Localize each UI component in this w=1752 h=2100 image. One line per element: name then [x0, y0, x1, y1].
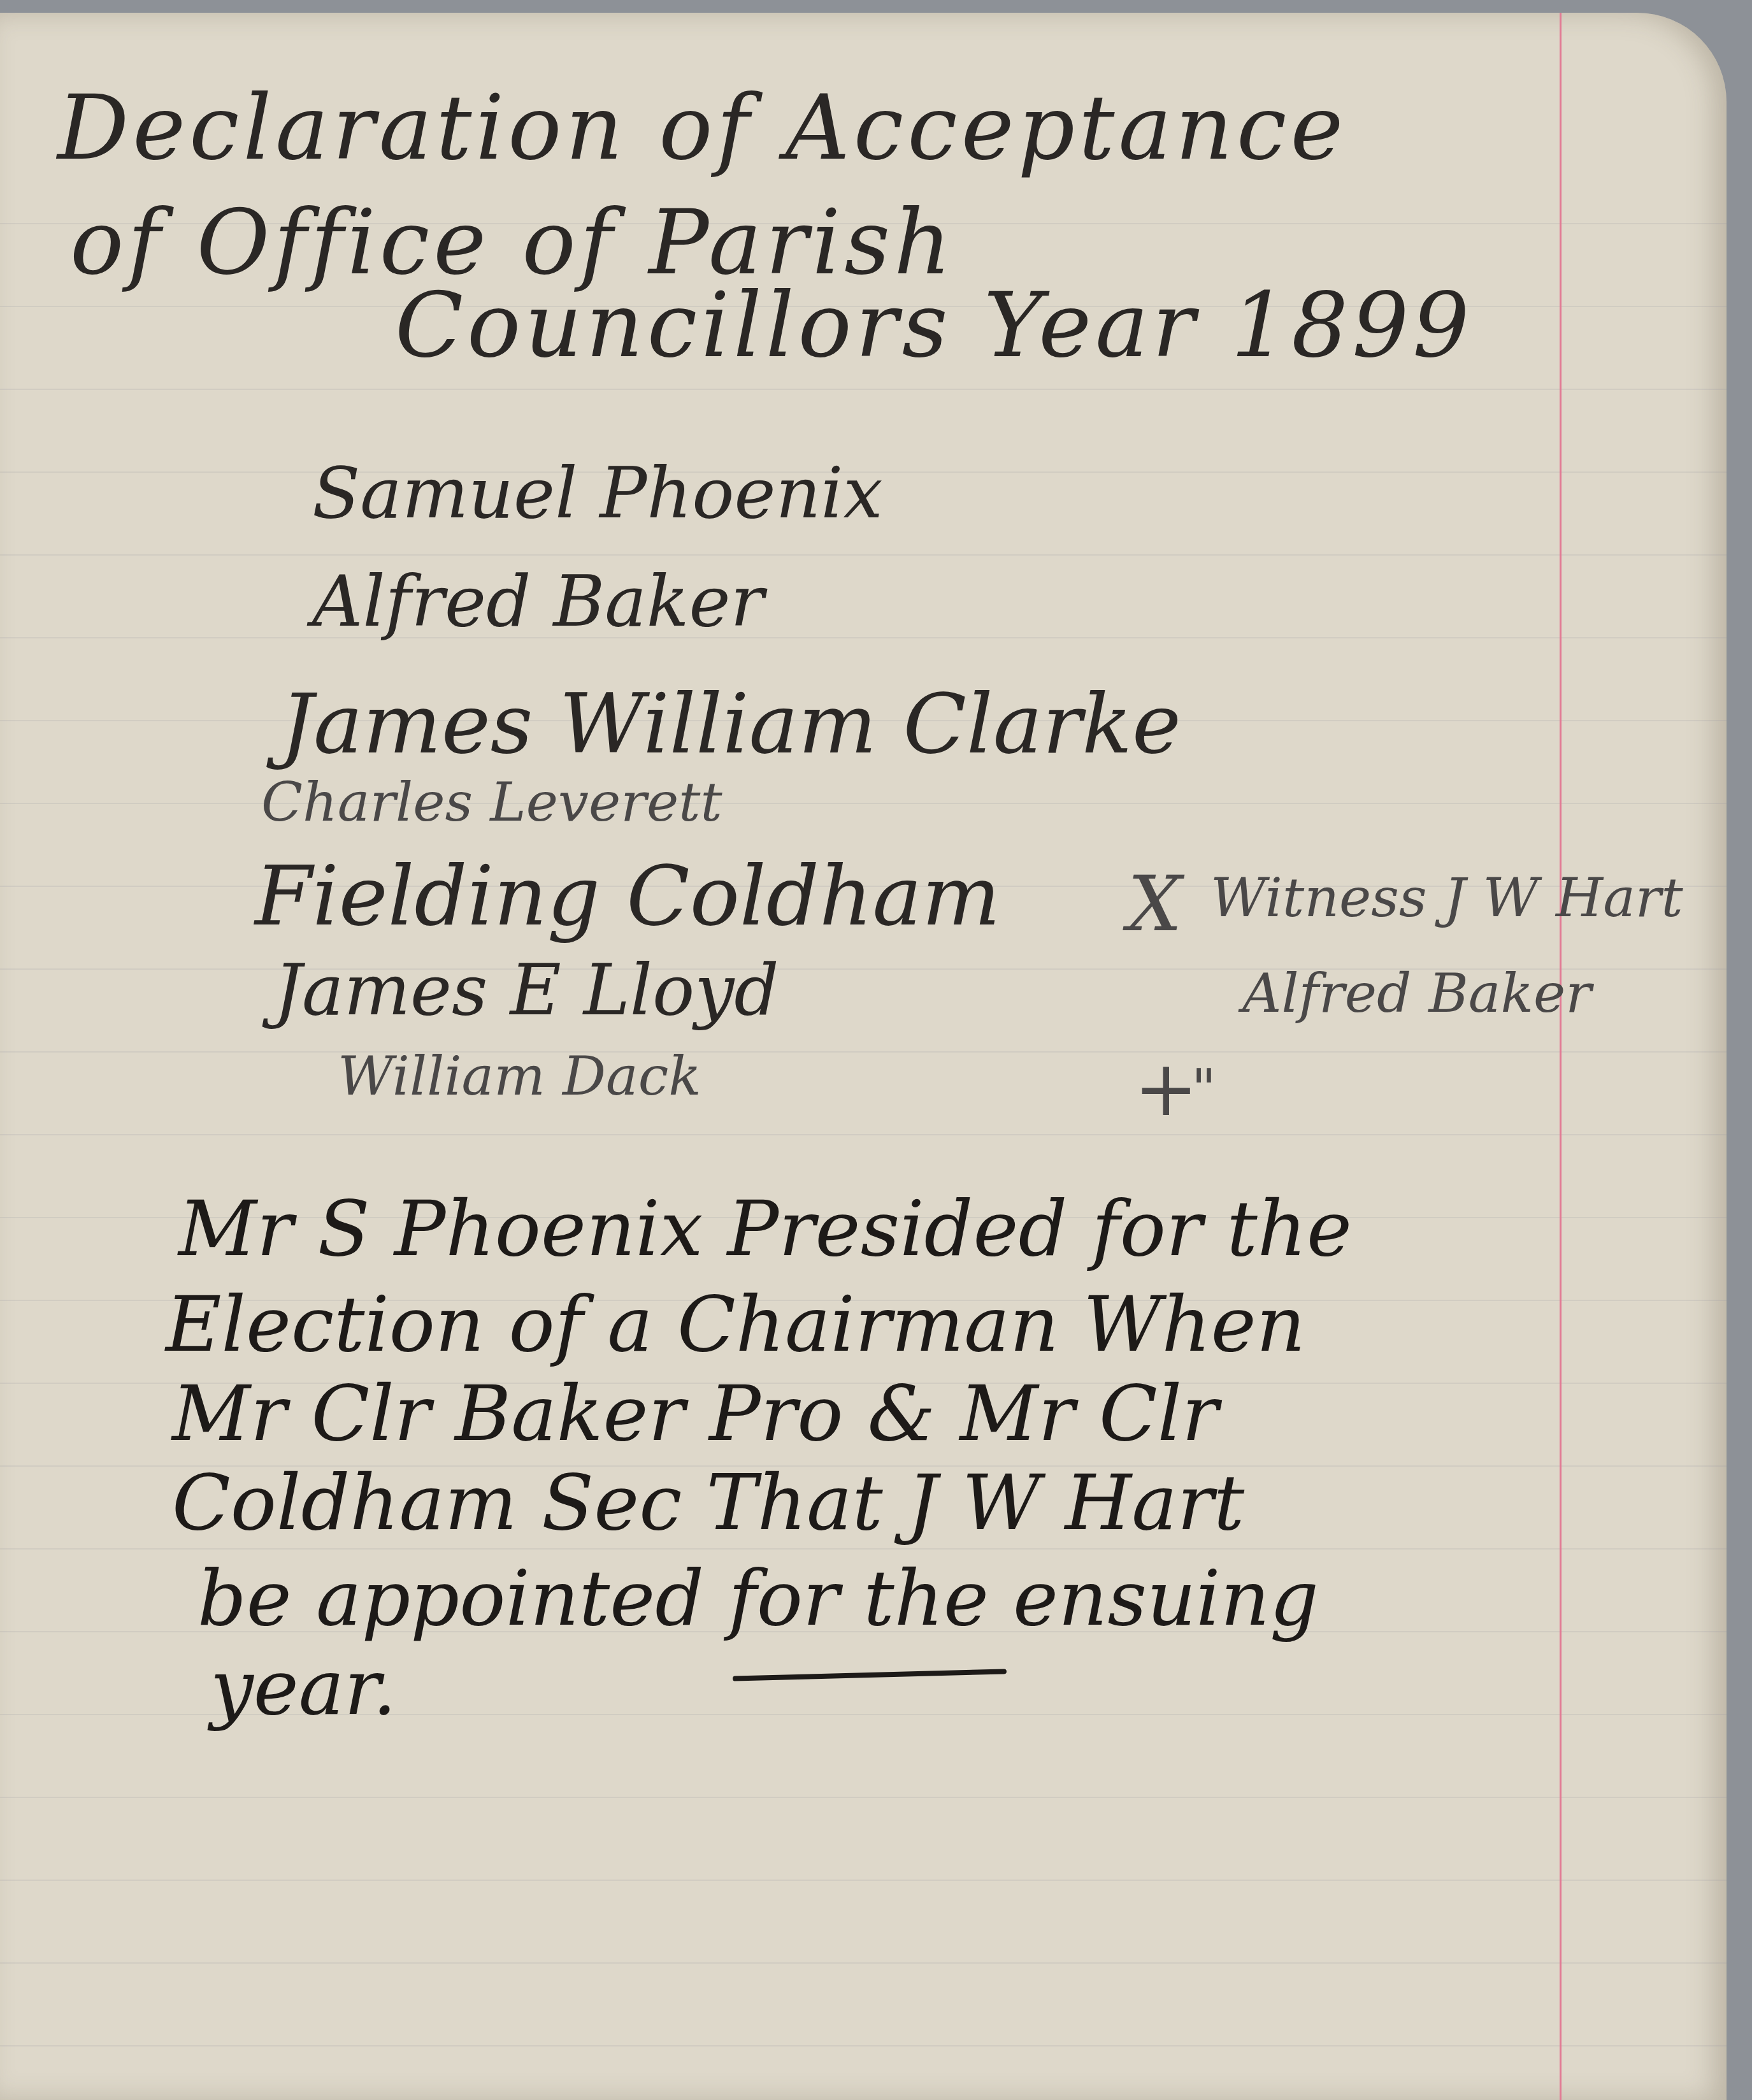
minute-line-6: year. — [210, 1644, 397, 1732]
witness-alfred-baker: Alfred Baker — [1242, 962, 1591, 1025]
mark-x: X — [1128, 860, 1182, 949]
signature-fielding-coldham: Fielding Coldham — [255, 847, 1000, 944]
notebook-page: Declaration of Acceptance of Office of P… — [0, 13, 1727, 2100]
signature-william-dack: William Dack — [338, 1045, 701, 1108]
heading-line-3: Councillors Year 1899 — [395, 274, 1473, 378]
heading-line-1: Declaration of Acceptance — [57, 76, 1347, 180]
witness-note: Witness J W Hart — [1210, 867, 1683, 930]
minute-line-4: Coldham Sec That J W Hart — [172, 1459, 1244, 1548]
minute-line-5: be appointed for the ensuing — [197, 1555, 1319, 1643]
margin-line — [1560, 13, 1562, 2100]
minute-line-1: Mr S Phoenix Presided for the — [178, 1185, 1352, 1274]
minute-line-3: Mr Clr Baker Pro & Mr Clr — [172, 1370, 1218, 1458]
minute-line-2: Election of a Chairman When — [166, 1281, 1305, 1369]
closing-stroke — [733, 1669, 1007, 1681]
ditto-mark: " — [1191, 1058, 1216, 1121]
signature-james-william-clarke: James William Clarke — [280, 675, 1181, 772]
signature-charles-leverett: Charles Leverett — [261, 771, 722, 834]
signature-james-e-lloyd: James E Lloyd — [274, 949, 779, 1031]
mark-plus: + — [1134, 1045, 1198, 1133]
signature-alfred-baker: Alfred Baker — [312, 561, 764, 642]
signature-samuel-phoenix: Samuel Phoenix — [312, 452, 883, 534]
